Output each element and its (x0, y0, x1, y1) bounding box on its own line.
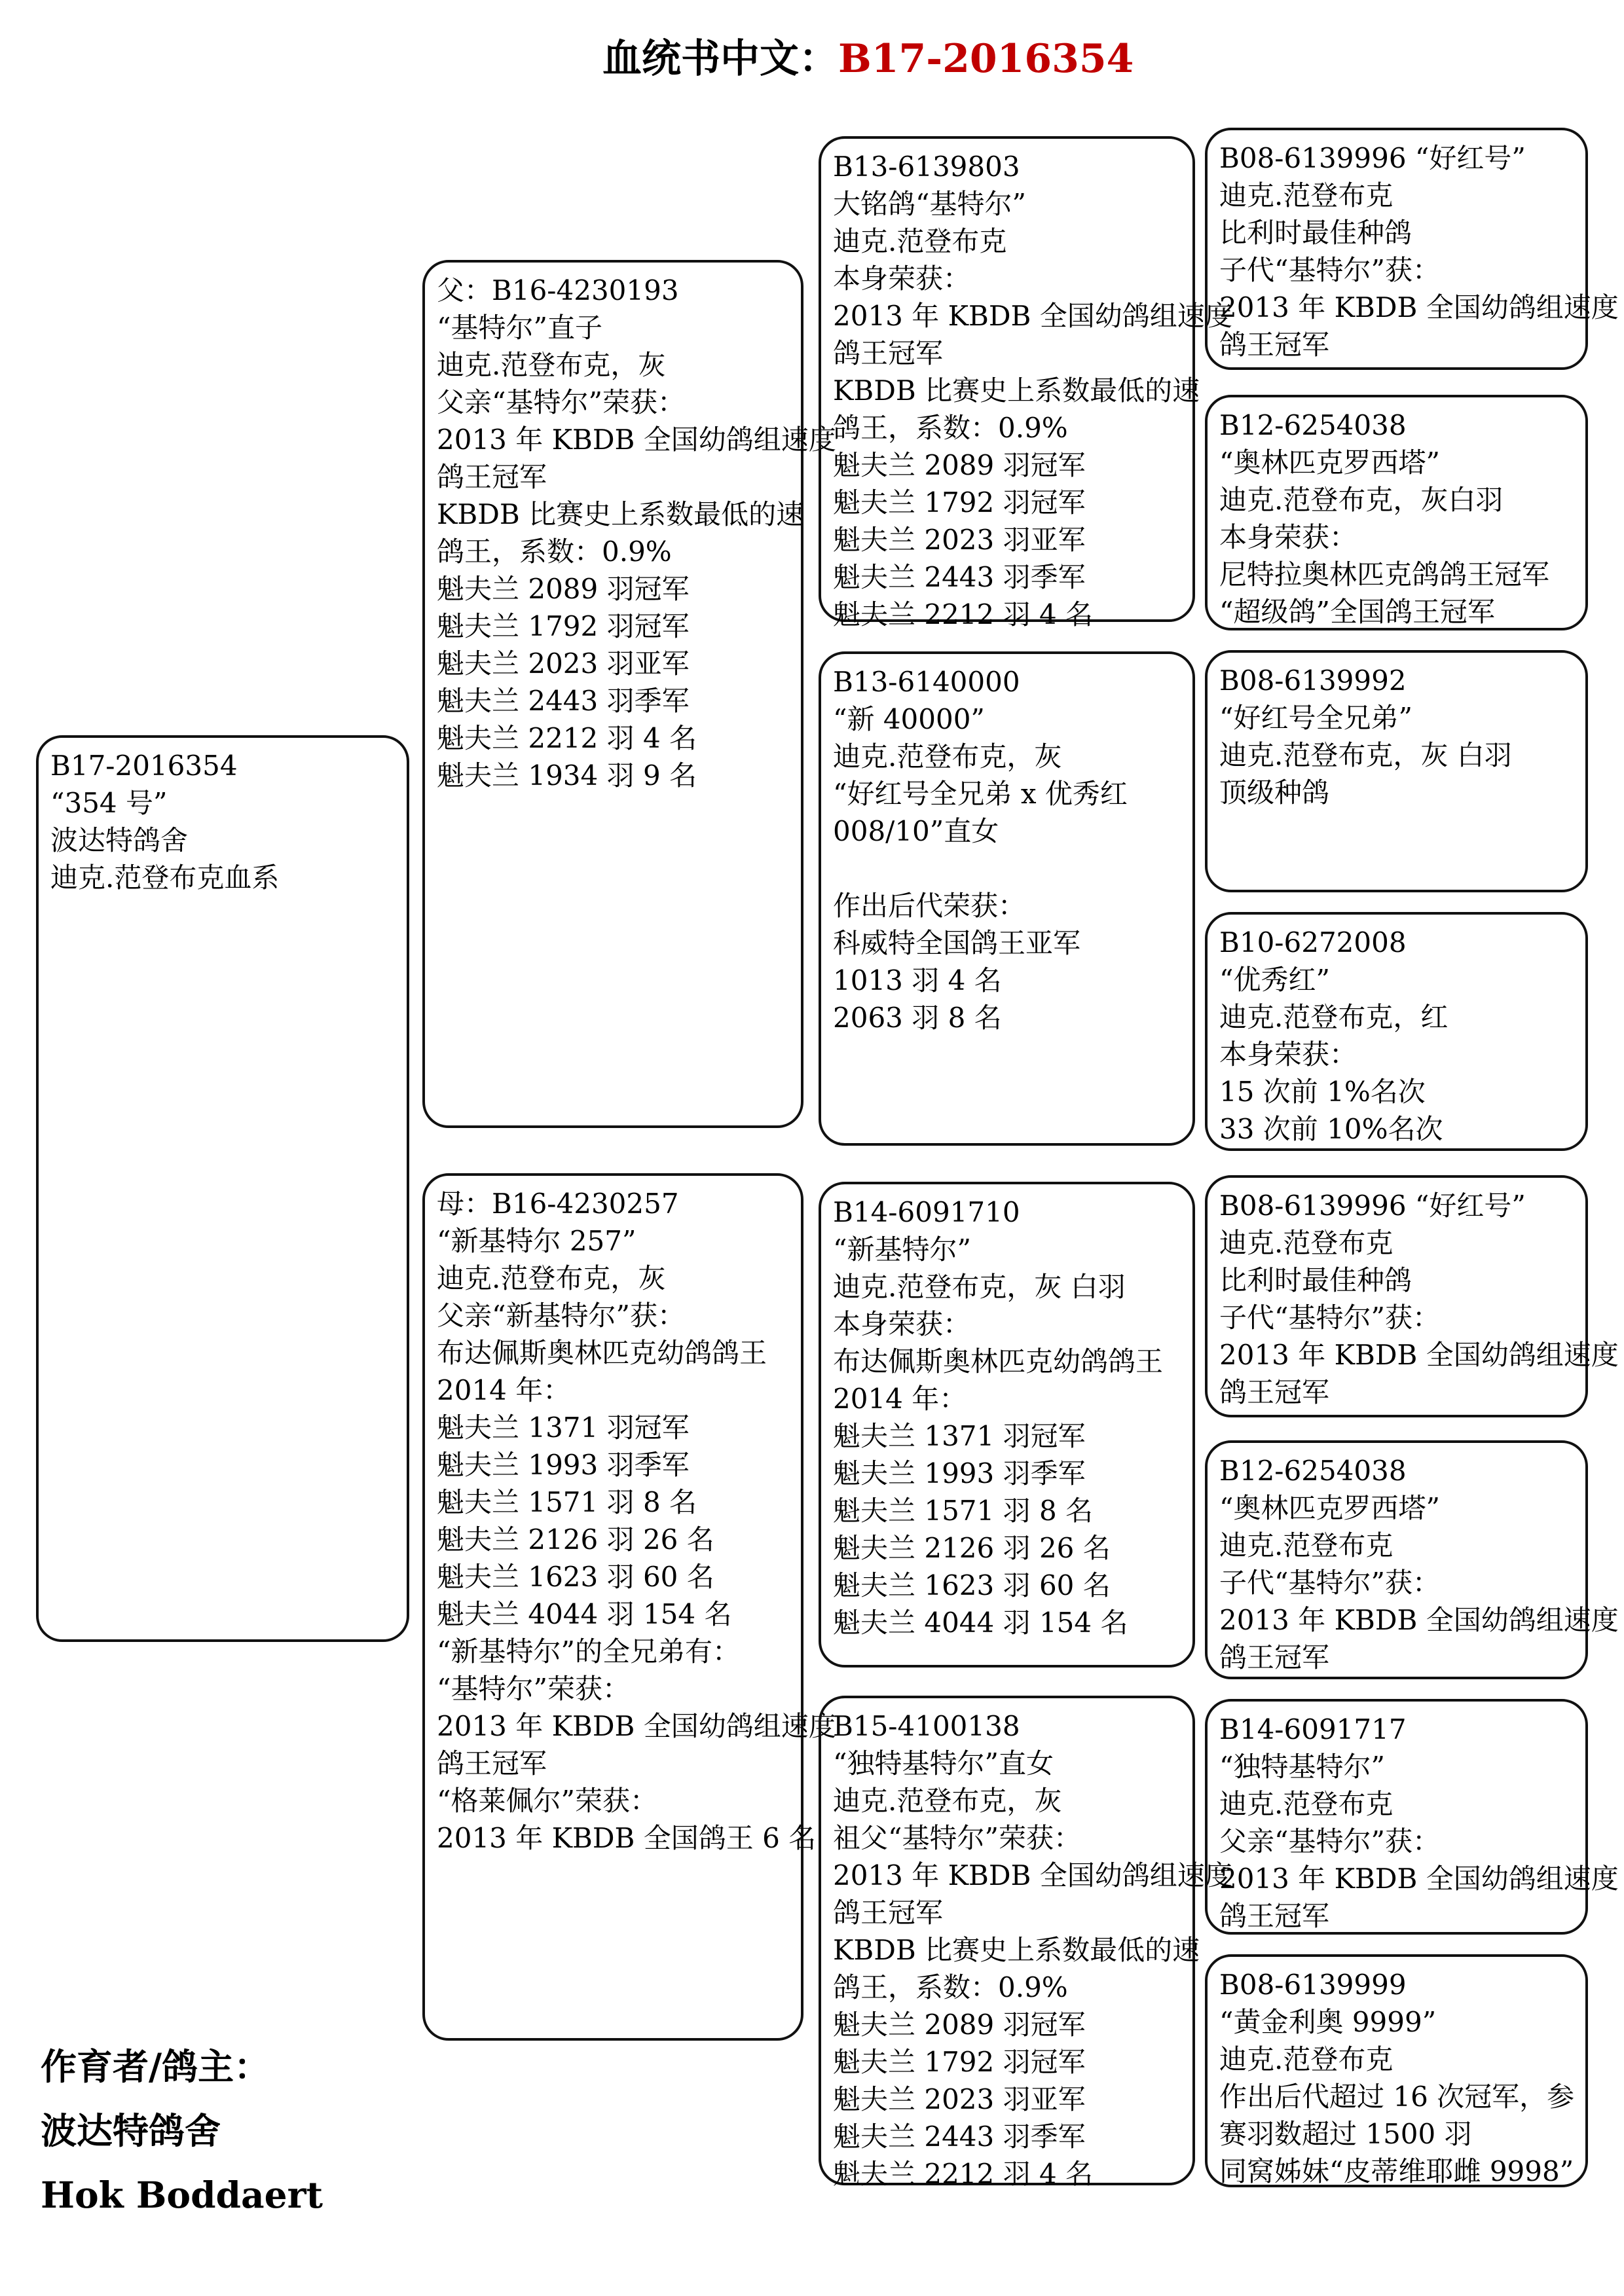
text-line: 父亲“基特尔”获： (1219, 1823, 1578, 1860)
text-line: 2013 年 KBDB 全国幼鸽组速度 (1219, 1601, 1578, 1639)
text-line: “奥林匹克罗西塔” (1219, 444, 1578, 481)
text-line: 魁夫兰 2212 羽 4 名 (437, 720, 793, 757)
text-line: 鸽王，系数：0.9% (833, 409, 1185, 446)
text-line: 作出后代荣获： (833, 887, 1185, 924)
text-line: 2063 羽 8 名 (833, 999, 1185, 1036)
text-line: 魁夫兰 2089 羽冠军 (833, 446, 1185, 484)
text-line: 大铭鸽“基特尔” (833, 185, 1185, 223)
text-line: 迪克.范登布克 (833, 223, 1185, 260)
text-line: “基特尔”直子 (437, 309, 793, 346)
text-line: B10-6272008 (1219, 924, 1578, 961)
text-line: B08-6139992 (1219, 662, 1578, 699)
text-line: 迪克.范登布克 (1219, 1224, 1578, 1262)
text-line: 魁夫兰 2212 羽 4 名 (833, 2155, 1185, 2193)
text-line: 迪克.范登布克 (1219, 2041, 1578, 2078)
pedigree-box-mother: 母：B16-4230257“新基特尔 257”迪克.范登布克，灰父亲“新基特尔”… (422, 1173, 803, 2041)
pedigree-box-grandparent-1: B13-6139803大铭鸽“基特尔”迪克.范登布克本身荣获：2013 年 KB… (819, 136, 1195, 622)
text-line: 鸽王冠军 (1219, 1897, 1578, 1935)
text-line: B15-4100138 (833, 1707, 1185, 1745)
text-line: “好红号全兄弟 x 优秀红 (833, 775, 1185, 812)
ring-number: B17-2016354 (838, 36, 1134, 82)
text-line: 祖父“基特尔”荣获： (833, 1819, 1185, 1857)
text-line: 波达特鸽舍 (50, 822, 399, 859)
text-line: 魁夫兰 1371 羽冠军 (437, 1409, 793, 1446)
text-line: 比利时最佳种鸽 (1219, 214, 1578, 251)
pedigree-box-grandparent-4: B15-4100138“独特基特尔”直女迪克.范登布克，灰祖父“基特尔”荣获：2… (819, 1696, 1195, 2185)
text-line: 作出后代超过 16 次冠军，参 (1219, 2078, 1578, 2115)
text-line: 迪克.范登布克，灰 (833, 738, 1185, 775)
text-line: “优秀红” (1219, 961, 1578, 998)
text-line: 2013 年 KBDB 全国幼鸽组速度 (1219, 1336, 1578, 1374)
text-line: 鸽王冠军 (1219, 326, 1578, 363)
text-line: 魁夫兰 1934 羽 9 名 (437, 757, 793, 794)
text-line: 迪克.范登布克血系 (50, 859, 399, 896)
text-line: 魁夫兰 2023 羽亚军 (833, 2081, 1185, 2118)
text-line: 2013 年 KBDB 全国幼鸽组速度 (437, 421, 793, 458)
text-line: B12-6254038 (1219, 407, 1578, 444)
text-line: KBDB 比赛史上系数最低的速 (833, 372, 1185, 409)
text-line: “新基特尔” (833, 1231, 1185, 1268)
text-line: B08-6139996 “好红号” (1219, 139, 1578, 177)
text-line: 2013 年 KBDB 全国幼鸽组速度 (833, 1857, 1185, 1894)
text-line: B13-6139803 (833, 148, 1185, 185)
text-line: “354 号” (50, 784, 399, 822)
text-line: 魁夫兰 2443 羽季军 (833, 2118, 1185, 2155)
text-line: 魁夫兰 4044 羽 154 名 (437, 1595, 793, 1633)
text-line: B17-2016354 (50, 747, 399, 784)
pedigree-box-great-grandparent-1: B08-6139996 “好红号”迪克.范登布克比利时最佳种鸽子代“基特尔”获：… (1205, 128, 1588, 370)
text-line: 迪克.范登布克，灰 白羽 (1219, 737, 1578, 774)
text-line: 33 次前 10%名次 (1219, 1110, 1578, 1148)
text-line: 布达佩斯奥林匹克幼鸽鸽王 (833, 1343, 1185, 1380)
text-line: 2014 年： (437, 1372, 793, 1409)
text-line: 尼特拉奥林匹克鸽鸽王冠军 (1219, 556, 1578, 593)
text-line: “基特尔”荣获： (437, 1670, 793, 1707)
text-line: 鸽王冠军 (1219, 1639, 1578, 1676)
pedigree-box-great-grandparent-6: B12-6254038“奥林匹克罗西塔”迪克.范登布克子代“基特尔”获：2013… (1205, 1440, 1588, 1679)
text-line: 魁夫兰 1371 羽冠军 (833, 1417, 1185, 1455)
text-line: 迪克.范登布克，灰 白羽 (833, 1268, 1185, 1305)
text-line: 魁夫兰 2023 羽亚军 (833, 521, 1185, 558)
pedigree-box-great-grandparent-7: B14-6091717“独特基特尔”迪克.范登布克父亲“基特尔”获：2013 年… (1205, 1699, 1588, 1935)
text-line: “好红号全兄弟” (1219, 699, 1578, 737)
pedigree-box-great-grandparent-4: B10-6272008“优秀红”迪克.范登布克，红本身荣获：15 次前 1%名次… (1205, 912, 1588, 1151)
pedigree-page: 血统书中文：B17-2016354 B17-2016354“354 号”波达特鸽… (0, 0, 1624, 2296)
text-line: “格莱佩尔”荣获： (437, 1782, 793, 1819)
text-line: 魁夫兰 1571 羽 8 名 (833, 1492, 1185, 1529)
text-line: 波达特鸽舍 (41, 2099, 323, 2163)
text-line: 本身荣获： (1219, 519, 1578, 556)
text-line: 鸽王冠军 (437, 1745, 793, 1782)
text-line: 迪克.范登布克 (1219, 177, 1578, 214)
text-line: 本身荣获： (833, 1305, 1185, 1343)
text-line: 魁夫兰 1792 羽冠军 (833, 2043, 1185, 2081)
text-line: 魁夫兰 1792 羽冠军 (833, 484, 1185, 521)
text-line: B12-6254038 (1219, 1452, 1578, 1489)
text-line: 魁夫兰 1792 羽冠军 (437, 608, 793, 645)
text-line: KBDB 比赛史上系数最低的速 (437, 496, 793, 533)
text-line: “独特基特尔”直女 (833, 1745, 1185, 1782)
text-line: 2013 年 KBDB 全国幼鸽组速度 (437, 1707, 793, 1745)
text-line: 魁夫兰 1993 羽季军 (833, 1455, 1185, 1492)
text-line: 布达佩斯奥林匹克幼鸽鸽王 (437, 1334, 793, 1372)
text-line: “新基特尔 257” (437, 1222, 793, 1260)
text-line: 魁夫兰 2023 羽亚军 (437, 645, 793, 682)
text-line: 同窝姊妹“皮蒂维耶雌 9998” (1219, 2153, 1578, 2190)
pedigree-box-subject: B17-2016354“354 号”波达特鸽舍迪克.范登布克血系 (36, 735, 409, 1642)
text-line: 魁夫兰 1571 羽 8 名 (437, 1484, 793, 1521)
page-title: 血统书中文：B17-2016354 (602, 34, 1134, 84)
text-line: “独特基特尔” (1219, 1748, 1578, 1785)
text-line: B13-6140000 (833, 663, 1185, 701)
text-line: 子代“基特尔”获： (1219, 1299, 1578, 1336)
text-line: 作育者/鸽主： (41, 2035, 323, 2099)
text-line: 魁夫兰 2443 羽季军 (437, 682, 793, 720)
pedigree-box-great-grandparent-8: B08-6139999“黄金利奥 9999”迪克.范登布克作出后代超过 16 次… (1205, 1954, 1588, 2187)
text-line: “新基特尔”的全兄弟有： (437, 1633, 793, 1670)
text-line: “奥林匹克罗西塔” (1219, 1489, 1578, 1527)
text-line: B14-6091717 (1219, 1711, 1578, 1748)
text-line: B14-6091710 (833, 1194, 1185, 1231)
text-line: 迪克.范登布克，灰 (833, 1782, 1185, 1819)
text-line: 魁夫兰 2126 羽 26 名 (833, 1529, 1185, 1567)
text-line: 本身荣获： (833, 260, 1185, 297)
text-line: “超级鸽”全国鸽王冠军 (1219, 593, 1578, 630)
text-line: “黄金利奥 9999” (1219, 2003, 1578, 2041)
text-line: 鸽王冠军 (833, 335, 1185, 372)
text-line: 科威特全国鸽王亚军 (833, 924, 1185, 962)
text-line: 魁夫兰 2089 羽冠军 (437, 570, 793, 608)
text-line: 母：B16-4230257 (437, 1185, 793, 1222)
text-line: 迪克.范登布克，灰白羽 (1219, 481, 1578, 519)
text-line: Hok Boddaert (41, 2163, 323, 2227)
page-title-label: 血统书中文： (602, 36, 838, 82)
text-line (833, 850, 1185, 887)
text-line: B08-6139996 “好红号” (1219, 1187, 1578, 1224)
text-line: 迪克.范登布克，灰 (437, 1260, 793, 1297)
text-line: 2014 年： (833, 1380, 1185, 1417)
text-line: 迪克.范登布克 (1219, 1785, 1578, 1823)
text-line: 鸽王冠军 (1219, 1374, 1578, 1411)
text-line: “新 40000” (833, 701, 1185, 738)
text-line: 魁夫兰 2089 羽冠军 (833, 2006, 1185, 2043)
text-line: 鸽王冠军 (833, 1894, 1185, 1931)
text-line: 魁夫兰 2126 羽 26 名 (437, 1521, 793, 1558)
text-line: 迪克.范登布克，灰 (437, 346, 793, 384)
breeder-info: 作育者/鸽主：波达特鸽舍Hok Boddaert (41, 2035, 323, 2227)
text-line: 父：B16-4230193 (437, 272, 793, 309)
text-line: 迪克.范登布克 (1219, 1527, 1578, 1564)
pedigree-box-great-grandparent-3: B08-6139992“好红号全兄弟”迪克.范登布克，灰 白羽顶级种鸽 (1205, 650, 1588, 892)
text-line: 子代“基特尔”获： (1219, 251, 1578, 289)
pedigree-box-father: 父：B16-4230193“基特尔”直子迪克.范登布克，灰父亲“基特尔”荣获：2… (422, 260, 803, 1128)
text-line: 本身荣获： (1219, 1036, 1578, 1073)
text-line: 魁夫兰 1623 羽 60 名 (833, 1567, 1185, 1604)
pedigree-box-grandparent-3: B14-6091710“新基特尔”迪克.范登布克，灰 白羽本身荣获：布达佩斯奥林… (819, 1182, 1195, 1667)
text-line: 008/10”直女 (833, 812, 1185, 850)
text-line: 2013 年 KBDB 全国鸽王 6 名 (437, 1819, 793, 1857)
text-line: 鸽王，系数：0.9% (833, 1969, 1185, 2006)
text-line: 顶级种鸽 (1219, 774, 1578, 811)
text-line: 1013 羽 4 名 (833, 962, 1185, 999)
text-line: 鸽王冠军 (437, 458, 793, 496)
text-line: 2013 年 KBDB 全国幼鸽组速度 (833, 297, 1185, 335)
text-line: 赛羽数超过 1500 羽 (1219, 2115, 1578, 2153)
text-line: 2013 年 KBDB 全国幼鸽组速度 (1219, 1860, 1578, 1897)
text-line: 迪克.范登布克，红 (1219, 998, 1578, 1036)
text-line: 15 次前 1%名次 (1219, 1073, 1578, 1110)
text-line: 魁夫兰 2212 羽 4 名 (833, 596, 1185, 633)
text-line: 魁夫兰 4044 羽 154 名 (833, 1604, 1185, 1641)
text-line: 父亲“基特尔”荣获： (437, 384, 793, 421)
text-line: 2013 年 KBDB 全国幼鸽组速度 (1219, 289, 1578, 326)
text-line: 比利时最佳种鸽 (1219, 1262, 1578, 1299)
pedigree-box-great-grandparent-5: B08-6139996 “好红号”迪克.范登布克比利时最佳种鸽子代“基特尔”获：… (1205, 1175, 1588, 1417)
text-line: 魁夫兰 2443 羽季军 (833, 558, 1185, 596)
text-line: 父亲“新基特尔”获： (437, 1297, 793, 1334)
text-line: 魁夫兰 1993 羽季军 (437, 1446, 793, 1484)
text-line: KBDB 比赛史上系数最低的速 (833, 1931, 1185, 1969)
text-line: B08-6139999 (1219, 1966, 1578, 2003)
text-line: 魁夫兰 1623 羽 60 名 (437, 1558, 793, 1595)
pedigree-box-grandparent-2: B13-6140000“新 40000”迪克.范登布克，灰“好红号全兄弟 x 优… (819, 651, 1195, 1146)
text-line: 子代“基特尔”获： (1219, 1564, 1578, 1601)
text-line: 鸽王，系数：0.9% (437, 533, 793, 570)
pedigree-box-great-grandparent-2: B12-6254038“奥林匹克罗西塔”迪克.范登布克，灰白羽本身荣获：尼特拉奥… (1205, 395, 1588, 630)
